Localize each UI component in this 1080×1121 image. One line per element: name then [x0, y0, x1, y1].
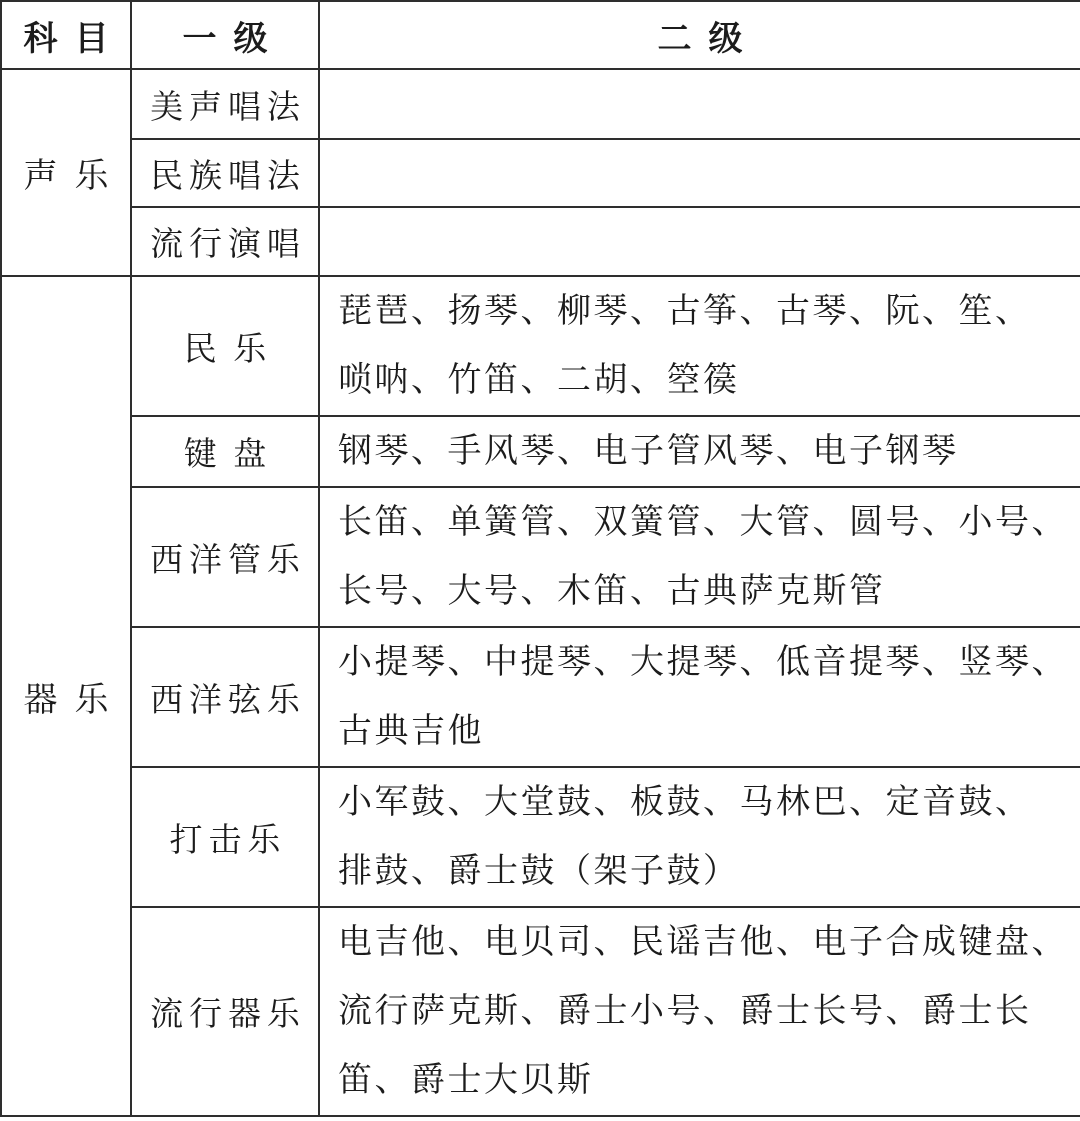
- level1-label: 民族唱法: [150, 159, 306, 195]
- level1-cell-folk-instruments: 民乐: [131, 276, 319, 416]
- level1-label: 流行器乐: [150, 997, 306, 1033]
- document-page: 科目 一级 二级 声乐 美声唱法 民族唱法: [0, 0, 1080, 1121]
- table-row: 流行器乐 电吉他、电贝司、民谣吉他、电子合成键盘、 流行萨克斯、爵士小号、爵士长…: [1, 907, 1080, 1116]
- level2-line: 笛、爵士大贝斯: [338, 1046, 1074, 1115]
- level2-cell-western-winds: 长笛、单簧管、双簧管、大管、圆号、小号、 长号、大号、木笛、古典萨克斯管: [319, 487, 1080, 627]
- subject-cell-instrumental: 器乐: [1, 276, 131, 1116]
- table-row: 器乐 民乐 琵琶、扬琴、柳琴、古筝、古琴、阮、笙、 唢呐、竹笛、二胡、箜篌: [1, 276, 1080, 416]
- subject-label-vocal: 声乐: [24, 158, 126, 195]
- subject-label-instrumental: 器乐: [24, 682, 126, 719]
- header-level2-label: 二级: [658, 21, 760, 58]
- table-row: 民族唱法: [1, 139, 1080, 207]
- table-row: 打击乐 小军鼓、大堂鼓、板鼓、马林巴、定音鼓、 排鼓、爵士鼓（架子鼓）: [1, 767, 1080, 907]
- level1-cell-western-strings: 西洋弦乐: [131, 627, 319, 767]
- level1-label: 西洋弦乐: [150, 683, 306, 719]
- level2-line: 唢呐、竹笛、二胡、箜篌: [338, 346, 1074, 415]
- level2-cell-bel-canto: [319, 69, 1080, 139]
- subject-levels-table: 科目 一级 二级 声乐 美声唱法 民族唱法: [0, 0, 1080, 1117]
- level2-cell-percussion: 小军鼓、大堂鼓、板鼓、马林巴、定音鼓、 排鼓、爵士鼓（架子鼓）: [319, 767, 1080, 907]
- level2-line: 电吉他、电贝司、民谣吉他、电子合成键盘、: [338, 908, 1074, 977]
- header-level1: 一级: [131, 1, 319, 69]
- level2-cell-folk-singing: [319, 139, 1080, 207]
- level1-label: 西洋管乐: [150, 543, 306, 579]
- level2-line: 钢琴、手风琴、电子管风琴、电子钢琴: [338, 417, 1074, 486]
- table-row: 西洋管乐 长笛、单簧管、双簧管、大管、圆号、小号、 长号、大号、木笛、古典萨克斯…: [1, 487, 1080, 627]
- level1-cell-percussion: 打击乐: [131, 767, 319, 907]
- level1-cell-bel-canto: 美声唱法: [131, 69, 319, 139]
- level2-line: 小军鼓、大堂鼓、板鼓、马林巴、定音鼓、: [338, 768, 1074, 837]
- level1-cell-pop-instruments: 流行器乐: [131, 907, 319, 1116]
- level2-line: 流行萨克斯、爵士小号、爵士长号、爵士长: [338, 977, 1074, 1046]
- table-row: 键盘 钢琴、手风琴、电子管风琴、电子钢琴: [1, 416, 1080, 487]
- level1-label: 打击乐: [170, 823, 287, 859]
- header-level1-label: 一级: [183, 21, 285, 58]
- header-row: 科目 一级 二级: [1, 1, 1080, 69]
- table-row: 流行演唱: [1, 207, 1080, 276]
- level2-cell-pop-singing: [319, 207, 1080, 276]
- level1-cell-folk-singing: 民族唱法: [131, 139, 319, 207]
- table-row: 声乐 美声唱法: [1, 69, 1080, 139]
- level2-cell-pop-instruments: 电吉他、电贝司、民谣吉他、电子合成键盘、 流行萨克斯、爵士小号、爵士长号、爵士长…: [319, 907, 1080, 1116]
- level1-cell-pop-singing: 流行演唱: [131, 207, 319, 276]
- header-subject-label: 科目: [24, 21, 126, 58]
- level1-label: 美声唱法: [150, 90, 306, 126]
- subject-cell-vocal: 声乐: [1, 69, 131, 276]
- level2-line: 长笛、单簧管、双簧管、大管、圆号、小号、: [338, 488, 1074, 557]
- header-level2: 二级: [319, 1, 1080, 69]
- level2-line: 古典吉他: [338, 697, 1074, 766]
- level1-label: 民乐: [184, 332, 283, 368]
- table-row: 西洋弦乐 小提琴、中提琴、大提琴、低音提琴、竖琴、 古典吉他: [1, 627, 1080, 767]
- level1-cell-western-winds: 西洋管乐: [131, 487, 319, 627]
- level2-cell-keyboard: 钢琴、手风琴、电子管风琴、电子钢琴: [319, 416, 1080, 487]
- level2-line: 小提琴、中提琴、大提琴、低音提琴、竖琴、: [338, 628, 1074, 697]
- level2-cell-western-strings: 小提琴、中提琴、大提琴、低音提琴、竖琴、 古典吉他: [319, 627, 1080, 767]
- level2-line: 排鼓、爵士鼓（架子鼓）: [338, 837, 1074, 906]
- level1-label: 键盘: [184, 437, 283, 473]
- level2-line: 琵琶、扬琴、柳琴、古筝、古琴、阮、笙、: [338, 277, 1074, 346]
- level1-cell-keyboard: 键盘: [131, 416, 319, 487]
- level2-cell-folk-instruments: 琵琶、扬琴、柳琴、古筝、古琴、阮、笙、 唢呐、竹笛、二胡、箜篌: [319, 276, 1080, 416]
- level1-label: 流行演唱: [150, 227, 306, 263]
- header-subject: 科目: [1, 1, 131, 69]
- level2-line: 长号、大号、木笛、古典萨克斯管: [338, 557, 1074, 626]
